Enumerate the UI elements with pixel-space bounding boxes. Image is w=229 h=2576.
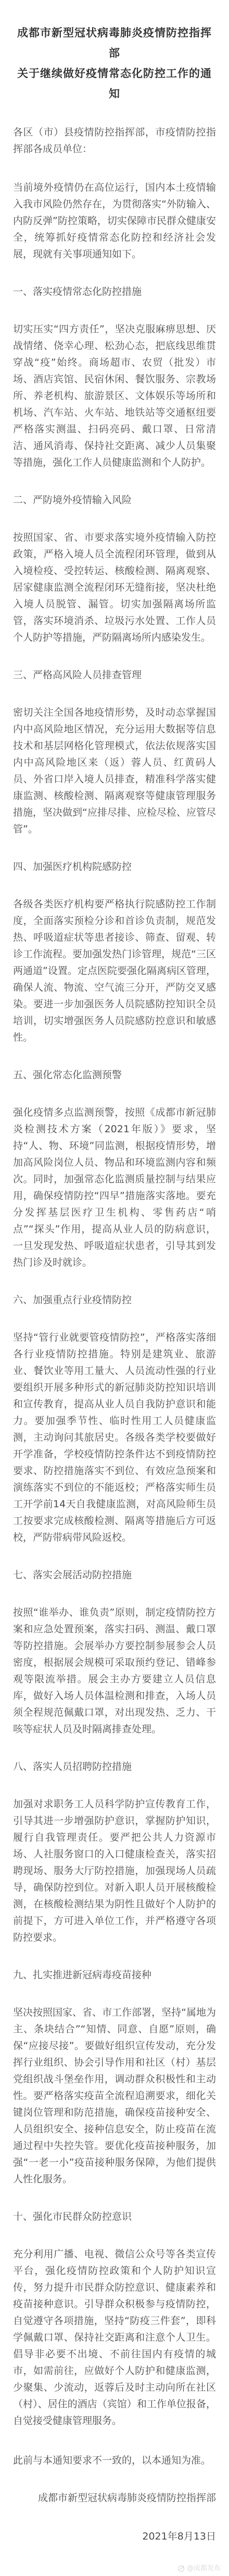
section-heading: 九、扎实推进新冠病毒疫苗接种 <box>13 1967 216 1983</box>
signature: 成都市新型冠状病毒肺炎疫情防控指挥部 <box>13 2490 216 2506</box>
section-body: 按照“谁举办、谁负责”原则，制定疫情防控方案和应急处置预案，落实扫码、测温、戴口… <box>13 1604 216 1737</box>
closing-paragraph: 此前与本通知要求不一致的，以本通知为准。 <box>13 2452 216 2469</box>
section-heading: 七、落实会展活动防控措施 <box>13 1567 216 1583</box>
watermark: @成都发布 <box>177 2565 221 2573</box>
section-body: 切实压实“四方责任”，坚决克服麻痹思想、厌战情绪、侥幸心理、松劲心态，把底线思维… <box>13 321 216 471</box>
section-heading: 三、严格高风险人员排查管理 <box>13 667 216 683</box>
section-heading: 十、强化市民群众防控意识 <box>13 2208 216 2225</box>
section-heading: 四、加强医疗机构院感防控 <box>13 858 216 875</box>
section-heading: 二、严防境外疫情输入风险 <box>13 492 216 508</box>
section-heading: 八、落实人员招聘防控措施 <box>13 1758 216 1775</box>
document-title: 成都市新型冠状病毒肺炎疫情防控指挥部 关于继续做好疫情常态化防控工作的通知 <box>13 23 216 104</box>
document-title-line1: 成都市新型冠状病毒肺炎疫情防控指挥部 <box>13 23 216 64</box>
section-body: 按照国家、省、市要求落实境外疫情输入防控政策，严格入境人员全流程闭环管理，做到从… <box>13 529 216 646</box>
section: 四、加强医疗机构院感防控 各级各类医疗机构要严格执行院感防控工作制度，全面落实预… <box>13 858 216 1046</box>
section: 三、严格高风险人员排查管理 密切关注全国各地疫情形势，及时动态掌握国内中高风险地… <box>13 667 216 837</box>
section-body: 各级各类医疗机构要严格执行院感防控工作制度，全面落实预检分诊和首诊负责制，规范发… <box>13 896 216 1046</box>
watermark-logo-icon <box>177 2565 185 2572</box>
section: 八、落实人员招聘防控措施 加强对求职务工人员科学防护宣传教育工作，引导其进一步增… <box>13 1758 216 1946</box>
notice-document: 成都市新型冠状病毒肺炎疫情防控指挥部 关于继续做好疫情常态化防控工作的通知 各区… <box>0 0 229 2576</box>
section: 九、扎实推进新冠病毒疫苗接种 坚决按照国家、省、市工作部署，坚持“属地为主、条块… <box>13 1967 216 2187</box>
section-body: 充分利用广播、电视、微信公众号等各类宣传平台，强化疫情防控政策和个人防护知识宣传… <box>13 2246 216 2429</box>
section-body: 密切关注全国各地疫情形势，及时动态掌握国内中高风险地区情况，充分运用大数据等信息… <box>13 704 216 837</box>
watermark-text: @成都发布 <box>187 2565 221 2573</box>
section-body: 坚持“管行业就要管疫情防控”，严格落实落细各行业疫情防控措施。特别是建筑业、旅游… <box>13 1329 216 1546</box>
section-heading: 六、加强重点行业疫情防控 <box>13 1292 216 1308</box>
sections: 一、落实疫情常态化防控措施 切实压实“四方责任”，坚决克服麻痹思想、厌战情绪、侥… <box>13 283 216 2429</box>
section: 一、落实疫情常态化防控措施 切实压实“四方责任”，坚决克服麻痹思想、厌战情绪、侥… <box>13 283 216 471</box>
intro-paragraph: 当前境外疫情仍在高位运行，国内本土疫情输入我市风险仍然存在，为贯彻落实“外防输入… <box>13 179 216 262</box>
section: 七、落实会展活动防控措施 按照“谁举办、谁负责”原则，制定疫情防控方案和应急处置… <box>13 1567 216 1737</box>
section-body: 坚决按照国家、省、市工作部署，坚持“属地为主、条块结合”“知情、同意、自愿”原则… <box>13 2004 216 2187</box>
section-heading: 五、强化常态化监测预警 <box>13 1067 216 1083</box>
section: 二、严防境外疫情输入风险 按照国家、省、市要求落实境外疫情输入防控政策，严格入境… <box>13 492 216 646</box>
section: 六、加强重点行业疫情防控 坚持“管行业就要管疫情防控”，严格落实落细各行业疫情防… <box>13 1292 216 1546</box>
issue-date: 2021年8月13日 <box>13 2528 216 2545</box>
document-title-line2: 关于继续做好疫情常态化防控工作的通知 <box>13 64 216 104</box>
section: 十、强化市民群众防控意识 充分利用广播、电视、微信公众号等各类宣传平台，强化疫情… <box>13 2208 216 2429</box>
section-body: 加强对求职务工人员科学防护宣传教育工作，引导其进一步增强防护意识，掌握防护知识，… <box>13 1796 216 1946</box>
section: 五、强化常态化监测预警 强化疫情多点监测预警，按照《成都市新冠肺炎检测技术方案（… <box>13 1067 216 1271</box>
section-heading: 一、落实疫情常态化防控措施 <box>13 283 216 300</box>
section-body: 强化疫情多点监测预警，按照《成都市新冠肺炎检测技术方案（2021年版）》要求，坚… <box>13 1104 216 1271</box>
salutation: 各区（市）县疫情防控指挥部，市疫情防控指挥部各成员单位： <box>13 124 216 157</box>
